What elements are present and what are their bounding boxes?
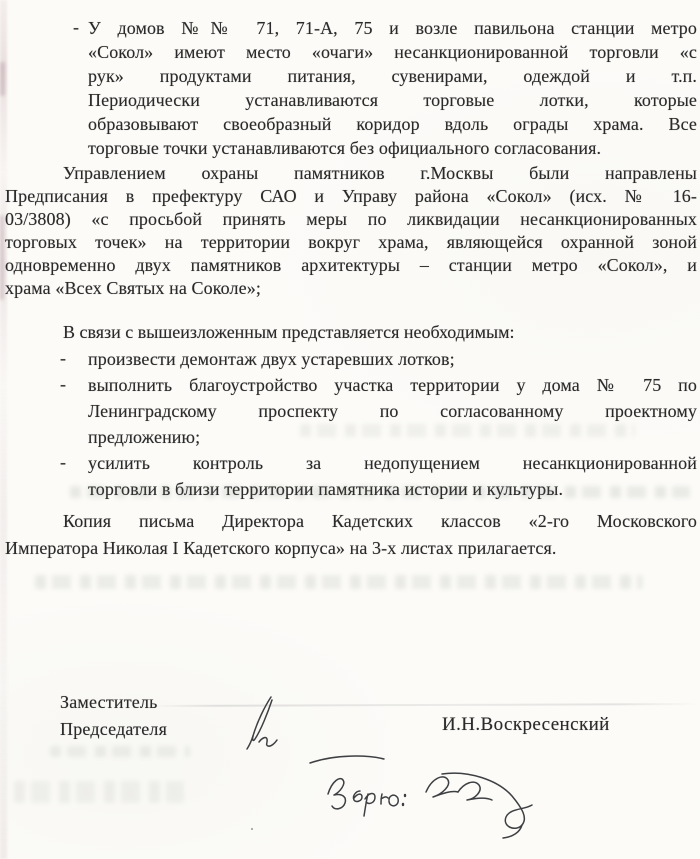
bleed-through-artifact xyxy=(35,575,643,589)
bleed-through-artifact xyxy=(70,486,690,498)
signer-position: Заместитель Председателя xyxy=(60,689,167,743)
proposal-item: - произвести демонтаж двух устаревших ло… xyxy=(88,346,697,372)
text-line: выполнить благоустройство участка террит… xyxy=(88,372,697,398)
text-line: У домов №№ 71, 71-А, 75 и возле павильон… xyxy=(88,16,697,40)
text-line: одновременно двух памятников архитектуры… xyxy=(5,254,697,277)
text-line: храма «Всех Святых на Соколе»; xyxy=(5,277,697,300)
bleed-through-artifact xyxy=(300,424,635,437)
text-line: усилить контроль за недопущением несанкц… xyxy=(88,450,697,476)
text-line: 03/3808) «с просьбой принять меры по лик… xyxy=(5,208,697,231)
paragraph-monuments-directive: Управлением охраны памятников г.Москвы б… xyxy=(5,162,697,300)
paper-crease-line xyxy=(150,703,698,707)
text-line: Копия письма Директора Кадетских классов… xyxy=(5,508,697,535)
signer-position-line: Председателя xyxy=(60,716,167,743)
signer-name: И.Н.Воскресенский xyxy=(442,714,610,736)
text-line: Предписания в префектуру САО и Управу ра… xyxy=(5,185,697,208)
bullet-marker: - xyxy=(60,345,66,371)
scan-edge-artifact xyxy=(0,0,7,859)
bleed-through-artifact xyxy=(50,746,190,757)
handwritten-initials-signature xyxy=(235,694,291,752)
document-scan-page: - У домов №№ 71, 71-А, 75 и возле павиль… xyxy=(0,0,700,859)
handwritten-note-signature xyxy=(292,750,548,842)
text-line: торговые точки устанавливаются без офици… xyxy=(88,136,697,160)
text-line: образовывают своеобразный коридор вдоль … xyxy=(88,112,697,136)
bleed-through-artifact xyxy=(14,781,184,803)
bullet-marker: - xyxy=(60,371,66,397)
text-line: «Сокол» имеют место «очаги» несанкционир… xyxy=(88,40,697,64)
paragraph-trade-spots: - У домов №№ 71, 71-А, 75 и возле павиль… xyxy=(88,16,697,160)
proposal-item: - выполнить благоустройство участка терр… xyxy=(88,372,697,450)
paragraph-attachment: Копия письма Директора Кадетских классов… xyxy=(5,508,697,562)
scan-edge-mark xyxy=(0,215,4,300)
signer-position-line: Заместитель xyxy=(60,689,167,716)
text-line: рук» продуктами питания, сувенирами, оде… xyxy=(88,64,697,88)
ink-speck xyxy=(251,828,253,830)
text-line: торговых точек» на территории вокруг хра… xyxy=(5,231,697,254)
bullet-marker: - xyxy=(73,15,79,39)
proposals-intro: В связи с вышеизложенным представляется … xyxy=(5,319,697,345)
scan-edge-mark xyxy=(0,62,5,96)
text-line: Периодически устанавливаются торговые ло… xyxy=(88,88,697,112)
text-line: Управлением охраны памятников г.Москвы б… xyxy=(5,162,697,185)
text-line: произвести демонтаж двух устаревших лотк… xyxy=(88,346,697,372)
text-line: Ленинградскому проспекту по согласованно… xyxy=(88,398,697,424)
text-line: Императора Николая I Кадетского корпуса»… xyxy=(5,535,697,562)
bullet-marker: - xyxy=(60,449,66,475)
